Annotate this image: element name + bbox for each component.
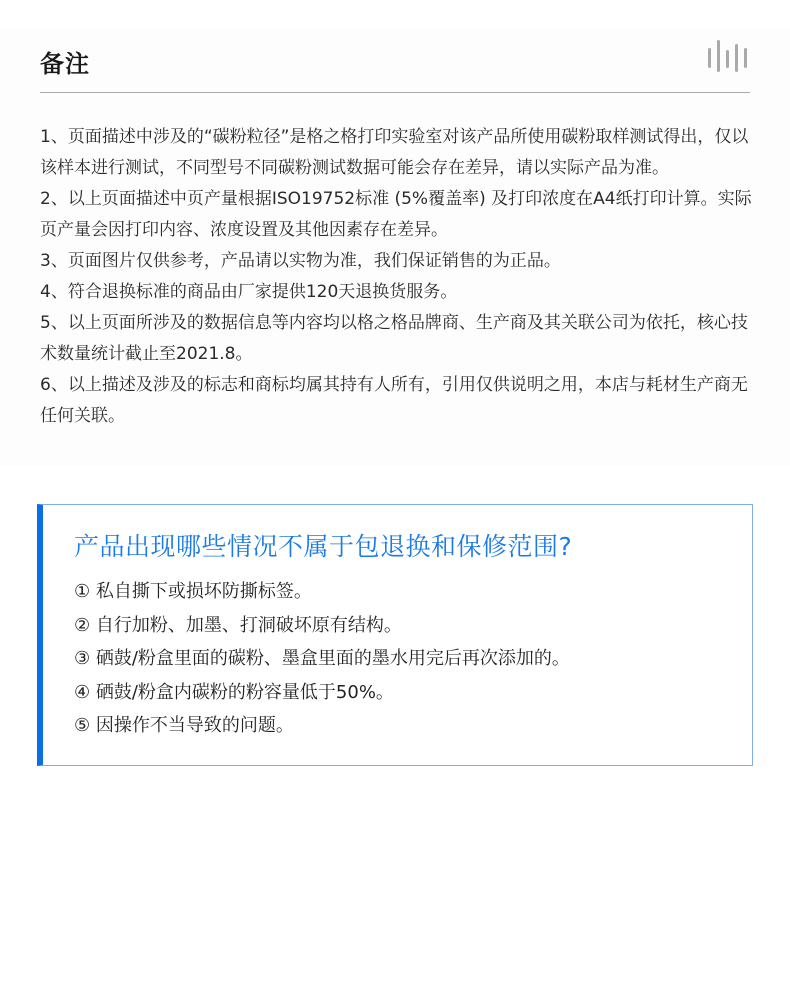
exclusion-item: ④ 硒鼓/粉盒内碳粉的粉容量低于50%。: [74, 676, 570, 710]
exclusion-item: ① 私自撕下或损坏防撕标签。: [74, 575, 570, 609]
note-item: 4、符合退换标准的商品由厂家提供120天退换货服务。: [40, 277, 760, 308]
note-item: 2、以上页面描述中页产量根据ISO19752标准 (5%覆盖率) 及打印浓度在A…: [40, 184, 760, 246]
notes-list: 1、页面描述中涉及的“碳粉粒径”是格之格打印实验室对该产品所使用碳粉取样测试得出…: [40, 122, 760, 432]
exclusion-item: ③ 硒鼓/粉盒里面的碳粉、墨盒里面的墨水用完后再次添加的。: [74, 642, 570, 676]
notes-header: 备注: [40, 28, 750, 93]
note-item: 1、页面描述中涉及的“碳粉粒径”是格之格打印实验室对该产品所使用碳粉取样测试得出…: [40, 122, 760, 184]
exclusion-item: ② 自行加粉、加墨、打洞破坏原有结构。: [74, 609, 570, 643]
notes-section: 备注 1、页面描述中涉及的“碳粉粒径”是格之格打印实验室对该产品所使用碳粉取样测…: [0, 28, 790, 466]
warranty-exclusion-box: 产品出现哪些情况不属于包退换和保修范围? ① 私自撕下或损坏防撕标签。 ② 自行…: [37, 504, 753, 766]
sound-wave-icon: [706, 40, 750, 74]
warranty-exclusion-list: ① 私自撕下或损坏防撕标签。 ② 自行加粉、加墨、打洞破坏原有结构。 ③ 硒鼓/…: [74, 575, 570, 743]
warranty-exclusion-title: 产品出现哪些情况不属于包退换和保修范围?: [74, 527, 572, 563]
notes-title: 备注: [40, 44, 90, 79]
note-item: 6、以上描述及涉及的标志和商标均属其持有人所有，引用仅供说明之用，本店与耗材生产…: [40, 370, 760, 432]
note-item: 3、页面图片仅供参考，产品请以实物为准，我们保证销售的为正品。: [40, 246, 760, 277]
note-item: 5、以上页面所涉及的数据信息等内容均以格之格品牌商、生产商及其关联公司为依托，核…: [40, 308, 760, 370]
exclusion-item: ⑤ 因操作不当导致的问题。: [74, 709, 570, 743]
